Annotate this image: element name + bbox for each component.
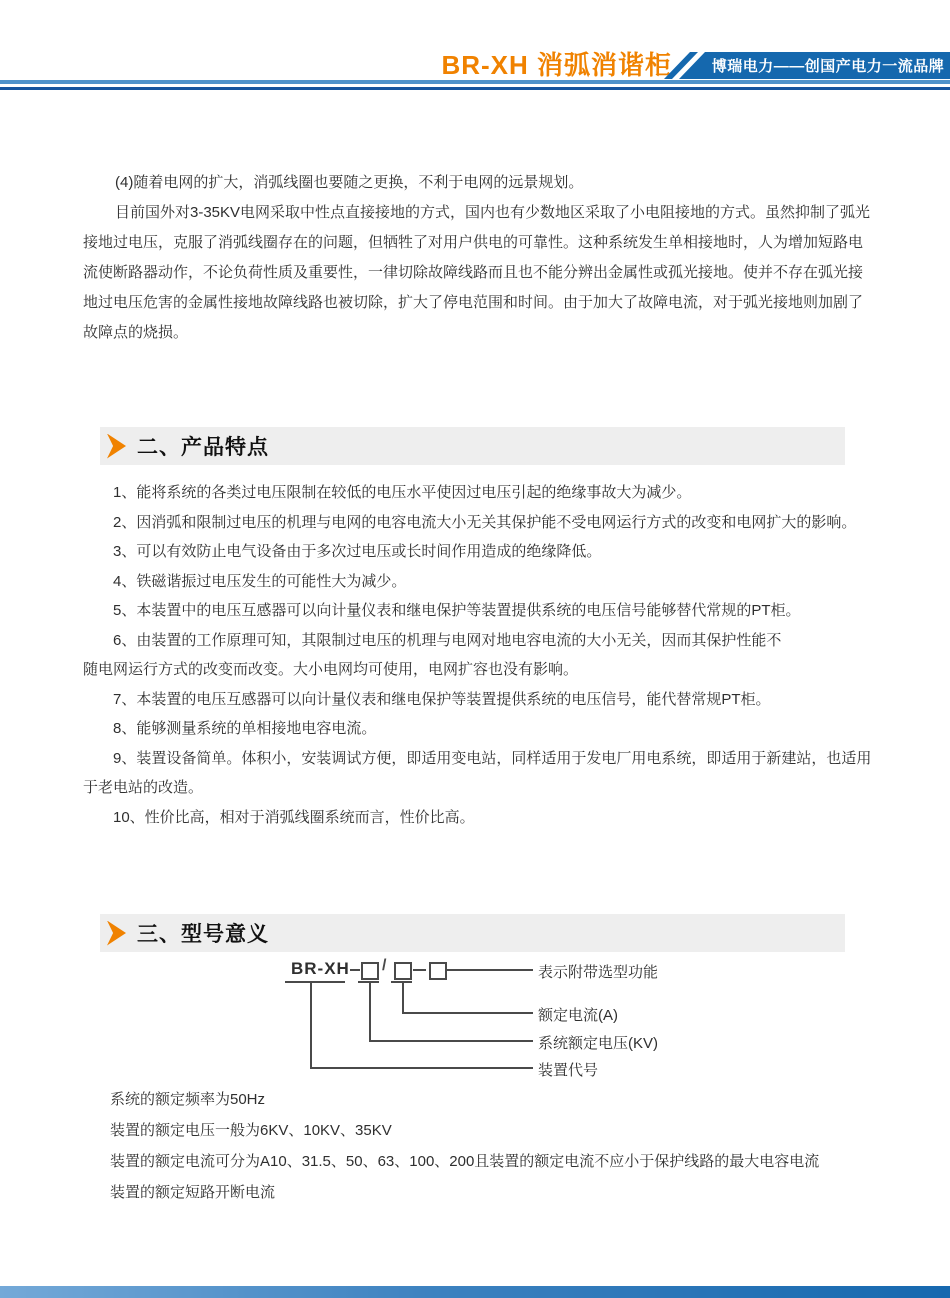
leader-line-device bbox=[310, 1067, 533, 1069]
intro-paragraph-2: 目前国外对3-35KV电网采取中性点直接接地的方式，国内也有少数地区采取了小电阻… bbox=[83, 198, 871, 348]
feature-item: 8、能够测量系统的单相接地电容电流。 bbox=[83, 714, 873, 744]
feature-item: 5、本装置中的电压互感器可以向计量仪表和继电保护等装置提供系统的电压信号能够替代… bbox=[83, 596, 873, 626]
spec-lines: 系统的额定频率为50Hz 装置的额定电压一般为6KV、10KV、35KV 装置的… bbox=[110, 1084, 900, 1208]
spec-line: 装置的额定电流可分为A10、31.5、50、63、100、200且装置的额定电流… bbox=[110, 1146, 900, 1177]
prefix-underline bbox=[285, 981, 345, 983]
section-header-model: 三、型号意义 bbox=[100, 914, 845, 952]
leader-drop-current bbox=[402, 981, 404, 1014]
feature-item: 4、铁磁谐振过电压发生的可能性大为减少。 bbox=[83, 567, 873, 597]
feature-item: 3、可以有效防止电气设备由于多次过电压或长时间作用造成的绝缘降低。 bbox=[83, 537, 873, 567]
label-rated-current: 额定电流(A) bbox=[538, 1004, 618, 1025]
header-rule-light bbox=[0, 80, 950, 84]
spec-line: 装置的额定电压一般为6KV、10KV、35KV bbox=[110, 1115, 900, 1146]
feature-item: 2、因消弧和限制过电压的机理与电网的电容电流大小无关其保护能不受电网运行方式的改… bbox=[83, 508, 873, 538]
feature-item: 7、本装置的电压互感器可以向计量仪表和继电保护等装置提供系统的电压信号，能代替常… bbox=[83, 685, 873, 715]
section-header-features: 二、产品特点 bbox=[100, 427, 845, 465]
feature-item: 10、性价比高，相对于消弧线圈系统而言，性价比高。 bbox=[83, 803, 873, 833]
page-title: BR-XH 消弧消谐柜 bbox=[0, 50, 672, 80]
label-rated-voltage: 系统额定电压(KV) bbox=[538, 1032, 658, 1053]
banner-body: 博瑞电力——创国产电力一流品牌 bbox=[664, 52, 950, 79]
feature-item: 9、装置设备简单。体积小，安装调试方便，即适用变电站，同样适用于发电厂用电系统，… bbox=[83, 744, 873, 803]
arrow-right-icon bbox=[107, 921, 126, 946]
label-option-function: 表示附带选型功能 bbox=[538, 961, 658, 982]
header-rule-dark bbox=[0, 87, 950, 90]
footer-bar bbox=[0, 1286, 950, 1298]
slash-separator: / bbox=[382, 957, 386, 975]
leader-line-option bbox=[447, 969, 533, 971]
dash-connector bbox=[413, 969, 426, 971]
intro-text: (4)随着电网的扩大，消弧线圈也要随之更换，不利于电网的远景规划。 目前国外对3… bbox=[83, 168, 871, 348]
features-list: 1、能将系统的各类过电压限制在较低的电压水平使因过电压引起的绝缘事故大为减少。 … bbox=[83, 478, 873, 832]
model-designation-diagram: BR-XH / 表示附带选型功能 额定电流(A) 系统额定电压(KV) 装置代号 bbox=[0, 955, 950, 1090]
section-title-features: 二、产品特点 bbox=[137, 431, 269, 461]
brand-banner: 博瑞电力——创国产电力一流品牌 bbox=[664, 52, 950, 79]
leader-drop-device bbox=[310, 983, 312, 1069]
leader-drop-voltage bbox=[369, 981, 371, 1042]
model-placeholder-box bbox=[429, 962, 447, 980]
intro-paragraph-1: (4)随着电网的扩大，消弧线圈也要随之更换，不利于电网的远景规划。 bbox=[83, 168, 871, 198]
feature-item-continuation: 随电网运行方式的改变而改变。大小电网均可使用，电网扩容也没有影响。 bbox=[83, 655, 873, 685]
brand-slogan: 博瑞电力——创国产电力一流品牌 bbox=[712, 55, 945, 76]
spec-line: 系统的额定频率为50Hz bbox=[110, 1084, 900, 1115]
arrow-right-icon bbox=[107, 434, 126, 459]
feature-item: 6、由装置的工作原理可知，其限制过电压的机理与电网对地电容电流的大小无关，因而其… bbox=[83, 626, 873, 656]
model-placeholder-box bbox=[361, 962, 379, 980]
leader-line-current bbox=[402, 1012, 533, 1014]
dash-connector bbox=[350, 969, 360, 971]
spec-line: 装置的额定短路开断电流 bbox=[110, 1177, 900, 1208]
label-device-code: 装置代号 bbox=[538, 1059, 598, 1080]
section-title-model: 三、型号意义 bbox=[137, 918, 269, 948]
feature-item: 1、能将系统的各类过电压限制在较低的电压水平使因过电压引起的绝缘事故大为减少。 bbox=[83, 478, 873, 508]
catalog-page: BR-XH 消弧消谐柜 博瑞电力——创国产电力一流品牌 (4)随着电网的扩大，消… bbox=[0, 0, 950, 1298]
model-placeholder-box bbox=[394, 962, 412, 980]
model-prefix: BR-XH bbox=[291, 959, 350, 979]
leader-line-voltage bbox=[369, 1040, 533, 1042]
